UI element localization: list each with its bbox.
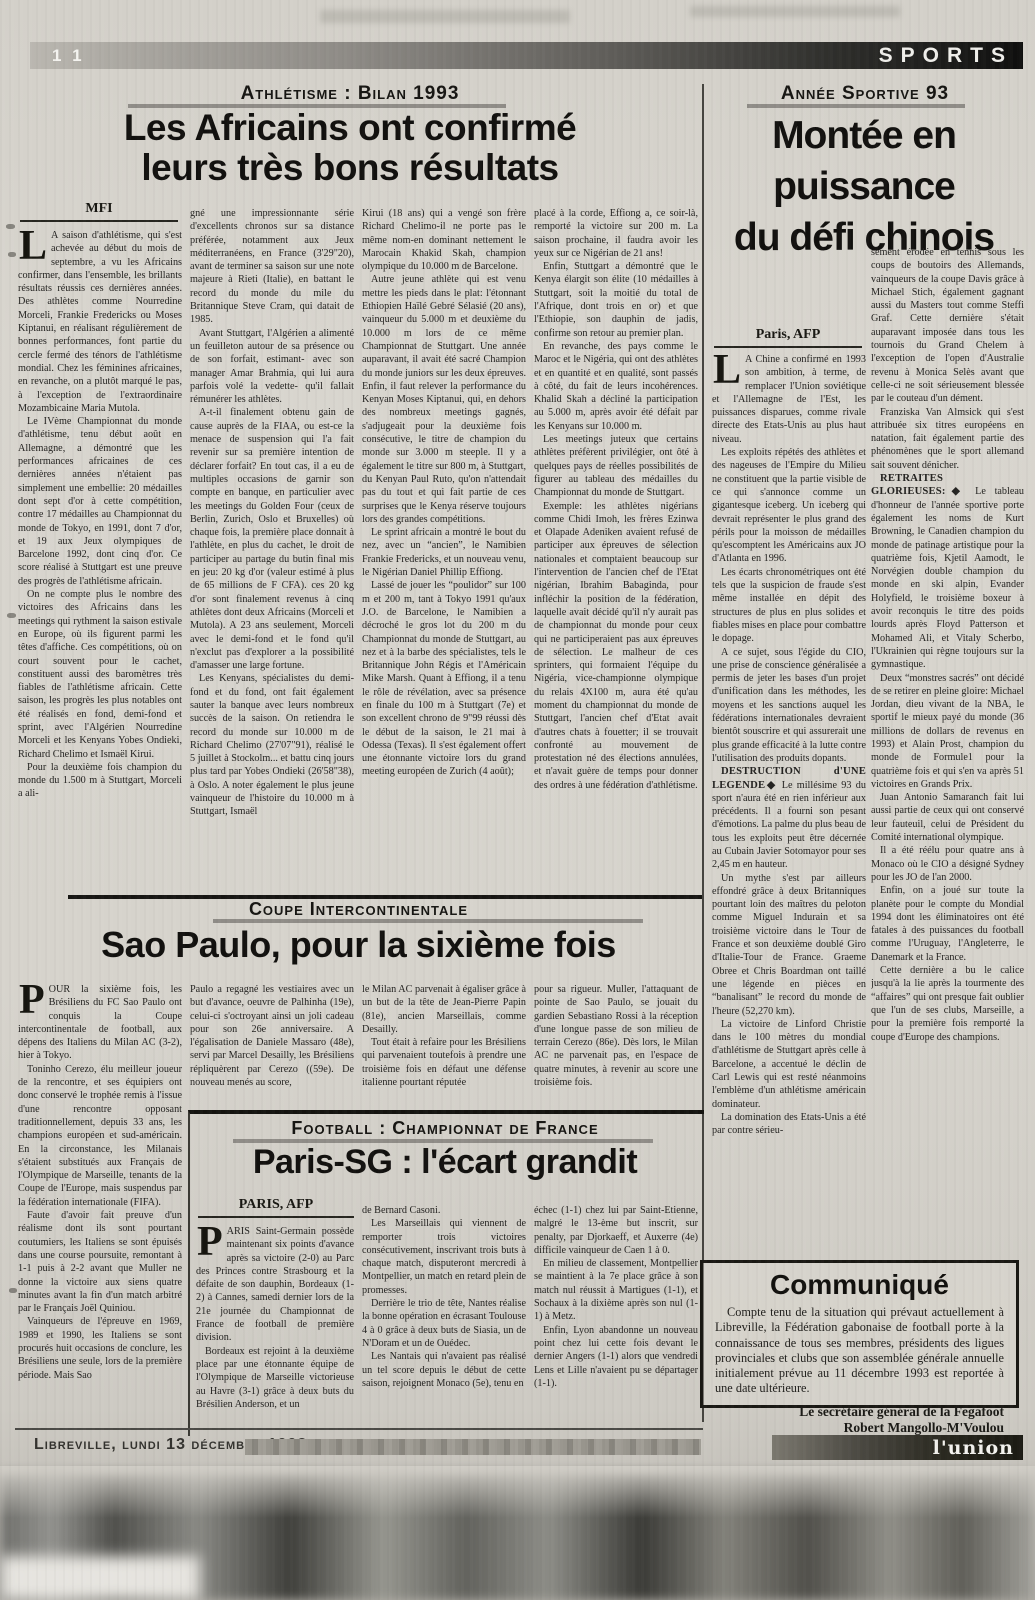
- saopaulo-column-3: le Milan AC parvenait à égaliser grâce à…: [362, 983, 526, 1121]
- athletics-column-4: placé à la corde, Effiong a, ce soir-là,…: [534, 207, 698, 895]
- saopaulo-column-2: Paulo a regagné les vestiaires avec un b…: [190, 983, 354, 1121]
- communique-body: Compte tenu de la situation qui prévaut …: [715, 1305, 1004, 1397]
- athletics-column-3: Kirui (18 ans) qui a vengé son frère Ric…: [362, 207, 526, 895]
- china-column-1: LA Chine a confirmé en 1993 son ambition…: [712, 353, 866, 1256]
- psg-column-2: de Bernard Casoni.Les Marseillais qui vi…: [362, 1204, 526, 1427]
- psg-kicker: Football : Championnat de France: [190, 1118, 700, 1139]
- margin-speck: [8, 252, 16, 257]
- athletics-kicker: Athlétisme : Bilan 1993: [40, 83, 660, 105]
- communique-box: Communiqué Compte tenu de la situation q…: [700, 1260, 1019, 1408]
- communique-signature: Le secrétaire général de la Fegafoot Rob…: [715, 1404, 1004, 1436]
- margin-speck: [7, 613, 16, 618]
- china-headline: Montée en puissance du défi chinois: [703, 110, 1025, 263]
- athletics-headline-line2: leurs très bons résultats: [40, 148, 660, 188]
- communique-signature-role: Le secrétaire général de la Fegafoot: [715, 1404, 1004, 1420]
- scan-artifact-light-patch: [0, 1556, 200, 1600]
- communique-signature-name: Robert Mangollo-M'Voulou: [715, 1420, 1004, 1436]
- china-column-2: sement érodée en tennis sous les coups d…: [871, 246, 1024, 1256]
- masthead-bar: l'union: [772, 1435, 1023, 1460]
- psg-column-3: échec (1-1) chez lui par Saint-Etienne, …: [534, 1204, 698, 1427]
- china-headline-line1: Montée en: [703, 110, 1025, 161]
- athletics-byline: MFI: [20, 201, 178, 222]
- footer-rule: [15, 1428, 703, 1430]
- scan-artifact-fade: [0, 1466, 1035, 1518]
- page-number: 1 1: [30, 46, 85, 66]
- psg-headline: Paris-SG : l'écart grandit: [190, 1143, 700, 1181]
- psg-column-1: PARIS Saint-Germain possède maintenant s…: [196, 1225, 354, 1427]
- top-banner: 1 1 SPORTS: [30, 42, 1023, 69]
- print-through-smudge: [690, 6, 900, 17]
- athletics-column-2: gné une impressionnante série d'excellen…: [190, 207, 354, 895]
- section-label: SPORTS: [879, 44, 1023, 68]
- saopaulo-kicker-rule: [213, 919, 643, 923]
- communique-title: Communiqué: [715, 1269, 1004, 1301]
- saopaulo-kicker: Coupe Intercontinentale: [15, 899, 702, 920]
- psg-byline: PARIS, AFP: [198, 1197, 354, 1218]
- margin-speck: [6, 224, 15, 229]
- footer-gray-bar: [245, 1439, 701, 1455]
- athletics-column-1: LA saison d'athlétisme, qui s'est achevé…: [18, 229, 182, 895]
- newspaper-page-scan: 1 1 SPORTS Athlétisme : Bilan 1993 Les A…: [0, 0, 1035, 1600]
- china-kicker-rule: [747, 104, 965, 108]
- saopaulo-headline: Sao Paulo, pour la sixième fois: [15, 925, 702, 965]
- masthead-logo: l'union: [933, 1437, 1023, 1459]
- saopaulo-column-4: pour sa rigueur. Muller, l'attaquant de …: [534, 983, 698, 1125]
- china-headline-line2: puissance: [703, 161, 1025, 212]
- china-kicker: Année Sportive 93: [705, 83, 1025, 105]
- athletics-headline: Les Africains ont confirmé leurs très bo…: [40, 108, 660, 188]
- margin-speck: [9, 1288, 17, 1293]
- china-byline: Paris, AFP: [714, 327, 862, 348]
- print-through-smudge: [320, 10, 570, 23]
- saopaulo-column-1: POUR la sixième fois, les Brésiliens du …: [18, 983, 182, 1435]
- athletics-headline-line1: Les Africains ont confirmé: [40, 108, 660, 148]
